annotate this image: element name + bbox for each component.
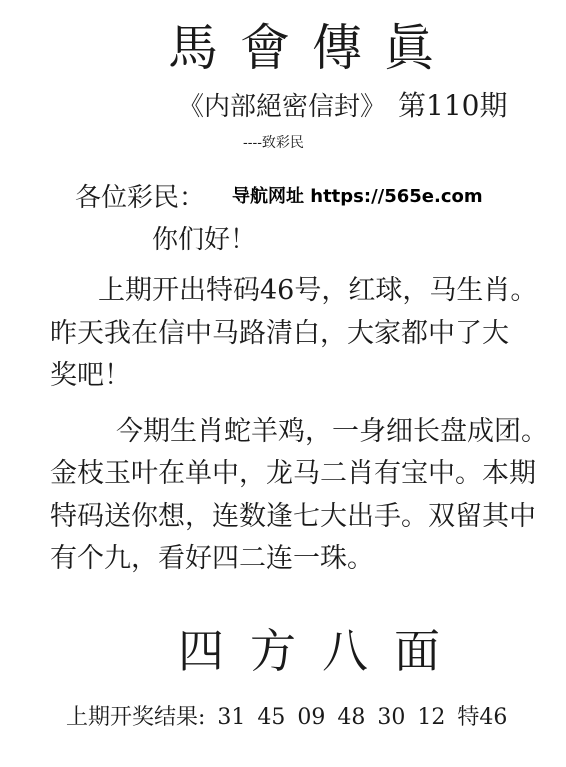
body-line: 特码送你想，连数逢七大出手。双留其中 (50, 496, 550, 539)
body-line: 昨天我在信中马路清白，大家都中了大 (50, 313, 550, 356)
body-line: 上期开出特码46号，红球，马生肖。 (50, 270, 550, 313)
last-draw-results: 上期开奖结果:314509483012特46 (66, 702, 507, 734)
motto: 四方八面 (178, 622, 466, 680)
greeting: 你们好！ (152, 222, 256, 258)
signature: ----致彩民 (243, 134, 304, 152)
masthead-title: 馬會傳眞 (168, 18, 456, 78)
letter-body: 上期开出特码46号，红球，马生肖。 昨天我在信中马路清白，大家都中了大 奖吧！ … (50, 270, 550, 581)
paragraph-this-draw: 今期生肖蛇羊鸡，一身细长盘成团。 金枝玉叶在单中，龙马二肖有宝中。本期 特码送你… (50, 411, 550, 581)
result-number: 45 (257, 705, 285, 730)
result-number: 31 (217, 705, 245, 730)
body-line: 奖吧！ (50, 355, 550, 398)
issue-number: 第110期 (398, 89, 507, 122)
paragraph-last-draw: 上期开出特码46号，红球，马生肖。 昨天我在信中马路清白，大家都中了大 奖吧！ (50, 270, 550, 398)
body-line: 今期生肖蛇羊鸡，一身细长盘成团。 (50, 411, 550, 454)
nav-url-link[interactable]: 导航网址 https://565e.com (232, 184, 483, 210)
body-line: 有个九，看好四二连一珠。 (50, 538, 550, 581)
salutation: 各位彩民： (75, 180, 205, 216)
result-number: 12 (417, 705, 445, 730)
subtitle-row: 《内部絕密信封》第110期 (178, 88, 507, 125)
results-label: 上期开奖结果: (66, 705, 205, 730)
subtitle: 《内部絕密信封》 (178, 92, 386, 122)
special-number: 特46 (457, 705, 507, 730)
result-number: 48 (337, 705, 365, 730)
result-number: 30 (377, 705, 405, 730)
body-line: 金枝玉叶在单中，龙马二肖有宝中。本期 (50, 453, 550, 496)
result-number: 09 (297, 705, 325, 730)
